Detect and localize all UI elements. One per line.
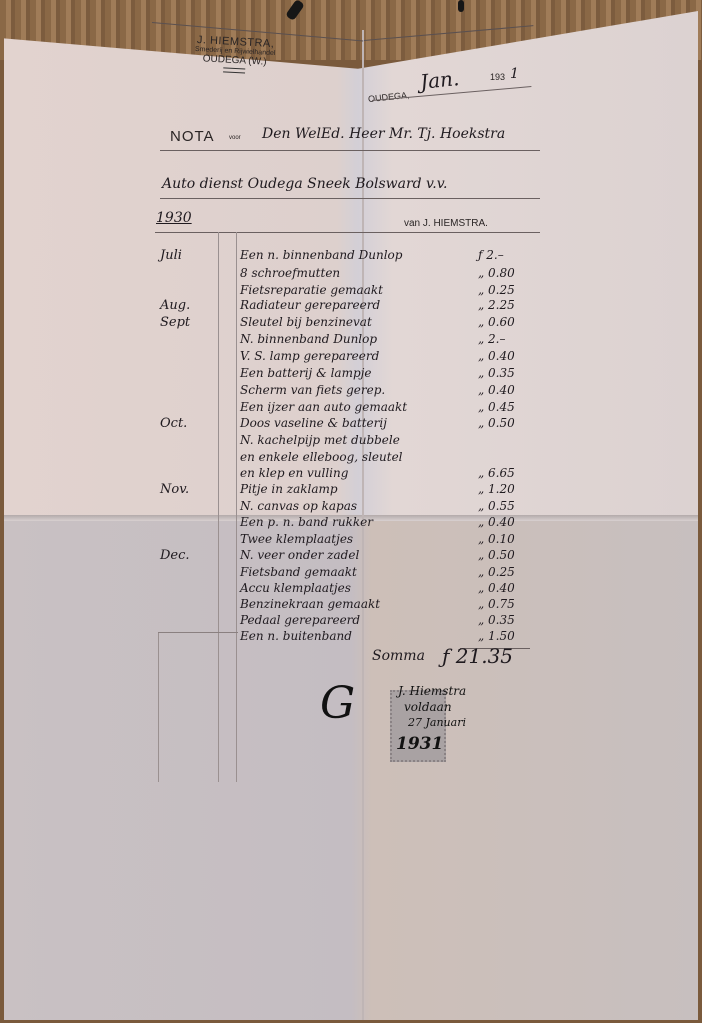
item-amount: „ 0.45 bbox=[478, 400, 515, 414]
item-amount: „ 6.65 bbox=[478, 466, 515, 480]
item-desc: Accu klemplaatjes bbox=[240, 581, 351, 595]
nota-label: NOTA bbox=[170, 128, 215, 145]
list-item: Fietsband gemaakt„ 0.25 bbox=[0, 565, 702, 581]
item-desc: Scherm van fiets gerep. bbox=[240, 383, 385, 397]
item-desc: Een n. binnenband Dunlop bbox=[240, 248, 402, 262]
signature-date: 27 Januari bbox=[408, 716, 466, 729]
item-desc: Een batterij & lampje bbox=[240, 366, 371, 380]
item-desc: Benzinekraan gemaakt bbox=[240, 597, 380, 611]
item-desc: Sleutel bij benzinevat bbox=[240, 315, 372, 329]
item-desc: V. S. lamp gerepareerd bbox=[240, 349, 379, 363]
nota-van: van J. HIEMSTRA. bbox=[404, 218, 488, 229]
dateline-year-prefix: 193 bbox=[490, 72, 505, 82]
list-item: Aug.Radiateur gerepareerd„ 2.25 bbox=[0, 298, 702, 314]
item-amount: „ 0.40 bbox=[478, 581, 515, 595]
item-month: Dec. bbox=[160, 548, 190, 563]
item-amount: „ 0.50 bbox=[478, 416, 515, 430]
item-desc: N. kachelpijp met dubbele bbox=[240, 433, 400, 447]
item-desc: N. canvas op kapas bbox=[240, 499, 357, 513]
item-desc: 8 schroefmutten bbox=[240, 266, 340, 280]
list-item: Accu klemplaatjes„ 0.40 bbox=[0, 581, 702, 597]
list-item: Een p. n. band rukker„ 0.40 bbox=[0, 515, 702, 531]
signature-paid: voldaan bbox=[404, 700, 452, 714]
item-desc: Pedaal gerepareerd bbox=[240, 613, 360, 627]
list-item: Een ijzer aan auto gemaakt„ 0.45 bbox=[0, 400, 702, 416]
nota-voor: voor bbox=[229, 135, 241, 141]
recipient-line2: Auto dienst Oudega Sneek Bolsward v.v. bbox=[162, 176, 447, 192]
cable bbox=[458, 0, 464, 12]
header-rule bbox=[155, 232, 540, 233]
item-desc: N. binnenband Dunlop bbox=[240, 332, 377, 346]
item-amount: „ 0.75 bbox=[478, 597, 515, 611]
item-desc: Een p. n. band rukker bbox=[240, 515, 373, 529]
item-amount: „ 0.40 bbox=[478, 349, 515, 363]
item-month: Nov. bbox=[160, 482, 189, 497]
dateline-month: Jan. bbox=[419, 66, 460, 94]
list-item: Een batterij & lampje„ 0.35 bbox=[0, 366, 702, 382]
item-amount: ƒ 2.– bbox=[478, 248, 504, 262]
item-desc: Een n. buitenband bbox=[240, 629, 352, 643]
recipient-line1: Den WelEd. Heer Mr. Tj. Hoekstra bbox=[262, 126, 505, 142]
item-desc: Fietsreparatie gemaakt bbox=[240, 283, 383, 297]
signature-name: J. Hiemstra bbox=[398, 684, 466, 698]
list-item: Een n. buitenband„ 1.50 bbox=[0, 629, 702, 645]
item-amount: „ 1.50 bbox=[478, 629, 515, 643]
list-item: Oct.Doos vaseline & batterij„ 0.50 bbox=[0, 416, 702, 432]
list-item: N. kachelpijp met dubbele bbox=[0, 433, 702, 449]
item-amount: „ 0.10 bbox=[478, 532, 515, 546]
list-item: SeptSleutel bij benzinevat„ 0.60 bbox=[0, 315, 702, 331]
list-item: JuliEen n. binnenband Dunlopƒ 2.– bbox=[0, 248, 702, 264]
list-item: en klep en vulling„ 6.65 bbox=[0, 466, 702, 482]
item-desc: en enkele elleboog, sleutel bbox=[240, 450, 403, 464]
item-desc: Twee klemplaatjes bbox=[240, 532, 353, 546]
item-amount: „ 0.40 bbox=[478, 383, 515, 397]
item-amount: „ 0.80 bbox=[478, 266, 515, 280]
item-amount: „ 0.35 bbox=[478, 366, 515, 380]
list-item: en enkele elleboog, sleutel bbox=[0, 450, 702, 466]
list-item: 8 schroefmutten„ 0.80 bbox=[0, 266, 702, 282]
item-desc: Doos vaseline & batterij bbox=[240, 416, 387, 430]
item-amount: „ 0.40 bbox=[478, 515, 515, 529]
stamp-year: 1931 bbox=[396, 734, 443, 754]
item-amount: „ 0.25 bbox=[478, 283, 515, 297]
recipient-rule-2 bbox=[160, 198, 540, 199]
list-item: Dec.N. veer onder zadel„ 0.50 bbox=[0, 548, 702, 564]
item-amount: „ 0.35 bbox=[478, 613, 515, 627]
item-amount: „ 0.60 bbox=[478, 315, 515, 329]
list-item: V. S. lamp gerepareerd„ 0.40 bbox=[0, 349, 702, 365]
list-item: Benzinekraan gemaakt„ 0.75 bbox=[0, 597, 702, 613]
double-underline bbox=[223, 67, 245, 73]
list-item: Twee klemplaatjes„ 0.10 bbox=[0, 532, 702, 548]
item-amount: „ 2.25 bbox=[478, 298, 515, 312]
dateline-year-suffix: 1 bbox=[510, 66, 519, 82]
total-label: Somma bbox=[372, 648, 425, 664]
item-desc: Een ijzer aan auto gemaakt bbox=[240, 400, 407, 414]
item-month: Juli bbox=[160, 248, 182, 263]
signature-initial: G bbox=[320, 678, 355, 729]
list-item: Nov.Pitje in zaklamp„ 1.20 bbox=[0, 482, 702, 498]
list-item: Scherm van fiets gerep.„ 0.40 bbox=[0, 383, 702, 399]
list-item: N. binnenband Dunlop„ 2.– bbox=[0, 332, 702, 348]
item-desc: en klep en vulling bbox=[240, 466, 348, 480]
item-month: Oct. bbox=[160, 416, 187, 431]
list-item: Fietsreparatie gemaakt„ 0.25 bbox=[0, 283, 702, 299]
letterhead: J. HIEMSTRA, Smederij en Rijwielhandel O… bbox=[164, 32, 306, 76]
list-item: Pedaal gerepareerd„ 0.35 bbox=[0, 613, 702, 629]
item-amount: „ 0.50 bbox=[478, 548, 515, 562]
invoice-year: 1930 bbox=[156, 210, 192, 226]
item-amount: „ 2.– bbox=[478, 332, 505, 346]
item-month: Aug. bbox=[160, 298, 190, 313]
item-amount: „ 1.20 bbox=[478, 482, 515, 496]
item-month: Sept bbox=[160, 315, 190, 330]
margin-line-left bbox=[158, 632, 159, 782]
item-desc: N. veer onder zadel bbox=[240, 548, 359, 562]
item-desc: Fietsband gemaakt bbox=[240, 565, 357, 579]
item-desc: Radiateur gerepareerd bbox=[240, 298, 380, 312]
item-amount: „ 0.55 bbox=[478, 499, 515, 513]
recipient-rule-1 bbox=[160, 150, 540, 151]
item-desc: Pitje in zaklamp bbox=[240, 482, 338, 496]
list-item: N. canvas op kapas„ 0.55 bbox=[0, 499, 702, 515]
item-amount: „ 0.25 bbox=[478, 565, 515, 579]
total-amount: ƒ 21.35 bbox=[442, 644, 513, 668]
